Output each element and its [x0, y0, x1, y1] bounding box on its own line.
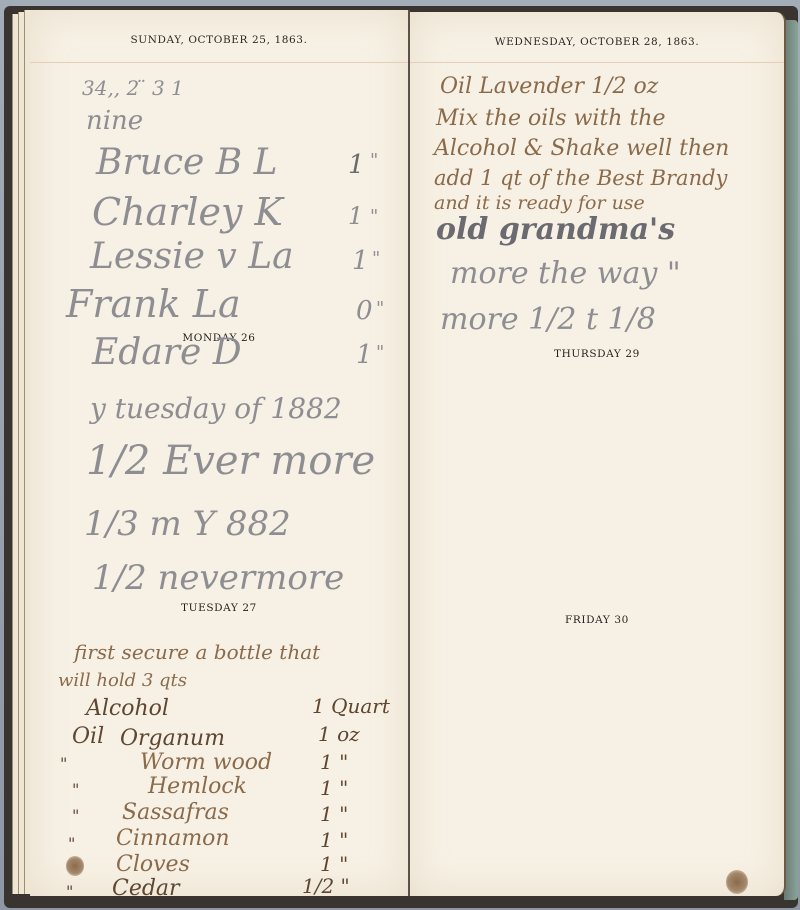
ditto-mark: " [376, 298, 384, 319]
ditto-mark: " [370, 150, 378, 171]
ingredient-name: Cloves [116, 852, 190, 877]
ingredient-name: Cedar [112, 876, 180, 901]
handwritten-line: 1/2 Ever more [86, 438, 375, 484]
ditto-mark: " [376, 342, 384, 363]
handwritten-name: Bruce B L [96, 142, 278, 183]
handwritten-line: 1/2 nevermore [92, 558, 344, 598]
day-heading-friday: FRIDAY 30 [410, 614, 784, 626]
ingredient-name: Worm wood [140, 750, 272, 775]
handwritten-name: Charley K [92, 190, 283, 234]
handwritten-value: 1 [352, 246, 369, 276]
handwritten-name: Frank La [66, 282, 241, 326]
handwritten-value: 1 [348, 202, 363, 230]
right-page: WEDNESDAY, OCTOBER 28, 1863. Oil Lavende… [410, 12, 786, 896]
handwritten-line: and it is ready for use [434, 192, 645, 214]
ingredient-qty: 1 Quart [312, 694, 390, 718]
ingredient-name: Alcohol [86, 696, 169, 721]
ingredient-name: Sassafras [122, 800, 229, 825]
handwritten-name: Edare D [92, 332, 242, 373]
header-rule [30, 62, 408, 63]
handwritten-line: old grandma's [436, 212, 675, 247]
page-header-right: WEDNESDAY, OCTOBER 28, 1863. [410, 36, 784, 48]
ingredient-qty: 1 " [320, 776, 348, 800]
ink-stain [726, 870, 748, 894]
handwritten-value: 0 [356, 296, 373, 326]
ink-stain [66, 856, 84, 876]
page-header-left: SUNDAY, OCTOBER 25, 1863. [30, 34, 408, 46]
handwritten-value: 1 [356, 340, 373, 370]
day-heading-thursday: THURSDAY 29 [410, 348, 784, 360]
ingredient-qty: 1 oz [318, 722, 360, 746]
cover-edge-right [784, 20, 798, 900]
ingredient-qty: 1 " [320, 852, 348, 876]
handwritten-line: more the way " [450, 256, 681, 291]
handwritten-name: Lessie v La [90, 236, 294, 277]
day-heading-tuesday: TUESDAY 27 [30, 602, 408, 614]
handwritten-line: Alcohol & Shake well then [434, 136, 729, 161]
ditto-mark: " [370, 206, 378, 227]
ingredient-name: Organum [120, 726, 225, 751]
ingredient-prefix: " [60, 754, 67, 773]
ingredient-prefix: " [68, 834, 75, 853]
ingredient-name: Hemlock [148, 774, 247, 799]
handwritten-line: Mix the oils with the [436, 106, 666, 131]
header-rule [410, 62, 784, 63]
handwritten-line: add 1 qt of the Best Brandy [434, 166, 727, 190]
ditto-mark: " [372, 248, 380, 269]
ingredient-prefix: Oil [72, 724, 104, 749]
ingredient-prefix: " [72, 806, 79, 825]
ingredient-name: Cinnamon [116, 826, 230, 851]
ingredient-qty: 1 " [320, 802, 348, 826]
handwritten-line: 1/3 m Y 882 [84, 504, 291, 544]
ingredient-qty: 1 " [320, 828, 348, 852]
handwritten-line: nine [86, 106, 143, 136]
ingredient-qty: 1/2 " [302, 874, 350, 898]
ingredient-prefix: " [66, 882, 73, 901]
ingredient-qty: 1 " [320, 750, 348, 774]
handwritten-line: first secure a bottle that [74, 640, 320, 664]
left-page: SUNDAY, OCTOBER 25, 1863. 34,, 2 ̈ 3 1 n… [30, 10, 410, 896]
handwritten-line: more 1/2 t 1/8 [440, 302, 656, 337]
handwritten-value: 1 [348, 150, 365, 180]
handwritten-line: 34,, 2 ̈ 3 1 [82, 76, 184, 100]
handwritten-line: Oil Lavender 1/2 oz [440, 74, 658, 99]
handwritten-line: y tuesday of 1882 [90, 392, 342, 425]
ingredient-prefix: " [72, 780, 79, 799]
handwritten-line: will hold 3 qts [58, 670, 187, 691]
